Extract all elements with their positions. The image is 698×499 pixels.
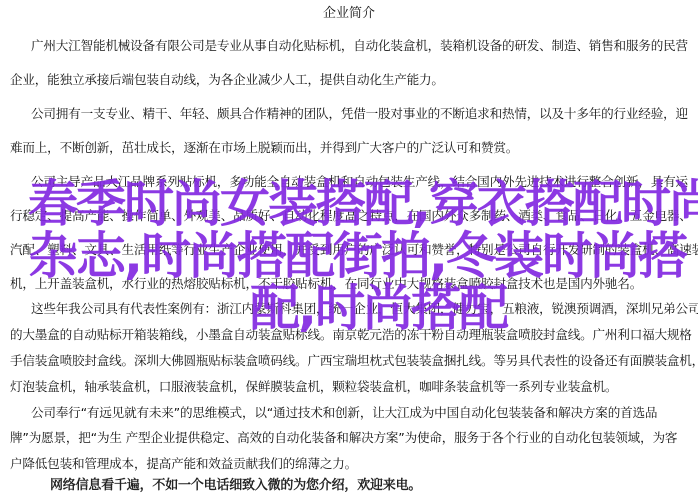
paragraph-line: 灯泡装盒机，轴承装盒机，口服液装盒机，保鲜膜装盒机，颗粒袋装盒机，咖啡条装盒机等… [10,379,690,395]
paragraph-line: 行稳定、提高产能、操作简单、外观美、品质好、自动化程度高之特点，在国内外众多制药… [10,208,690,224]
paragraph-line: 机，上开盖装盒机，水行业的热熔胶贴标机，不干胶贴标机，在同行业中大规格装盒喷胶封… [10,276,690,292]
document-title: 企业简介 [0,6,698,22]
company-profile-document: 企业简介 广州大江智能机械设备有限公司是专业从事自动化贴标机，自动化装盒机，装箱… [0,0,698,499]
contact-callout: 网络信息看千遍，不如一个电话细致入微的为您介绍，欢迎来电。 [50,478,698,494]
paragraph-line: 牌”为愿景，把“为生 产型企业提供稳定、高效的自动化装备和解决方案”为使命，服务… [10,430,690,446]
paragraph-line: 手信装盒喷胶封盒线。深圳大佛圆瓶贴标装盒喷码线。广西宝瑞坦枕式包装装盒捆扎线。等… [10,353,690,369]
paragraph-line: 难而上，不断创新，茁壮成长，逐渐在市场上脱颖而出，并得到广大客户的广泛认可和赞赏… [10,140,690,156]
paragraph-line: 广州大江智能机械设备有限公司是专业从事自动化贴标机，自动化装盒机，装箱机设备的研… [31,38,698,54]
paragraph-line: 公司奉行“有远见就有未来”的思维模式，以“通过技术和创新，让大江成为中国自动化包… [31,405,698,421]
paragraph-line: 汽配、塑料、文具、生活用纸等行业生产企业使用，并受到用户的广泛认可和赞誉，特别是… [10,242,690,258]
paragraph-line: 这些年我公司具有代表性案例有：浙江内蒙斯科集团，统一企业，恒大集团，健力宝，五粮… [31,301,698,317]
paragraph-line: 企业，能独立承接后端包装自动线，为各企业减少人工，提供自动化生产能力。 [10,72,690,88]
paragraph-line: 公司主导产品大江品牌系列贴标机，多功能全自动装盒机和自动包装生产线，结合国内外先… [31,174,698,190]
paragraph-line: 户降低包装和管理成本，提高产能和效益贡献我们的绵薄之力。 [10,456,690,472]
paragraph-line: 公司拥有一支专业、精干、年轻、颇具合作精神的团队，凭借一股对事业的不断追求和热情… [31,106,698,122]
paragraph-line: 的大墨盒的自动贴标开箱装箱线，小墨盒自动装盒贴标线。南京乾元浩的冻干粉自动理瓶装… [10,327,690,343]
